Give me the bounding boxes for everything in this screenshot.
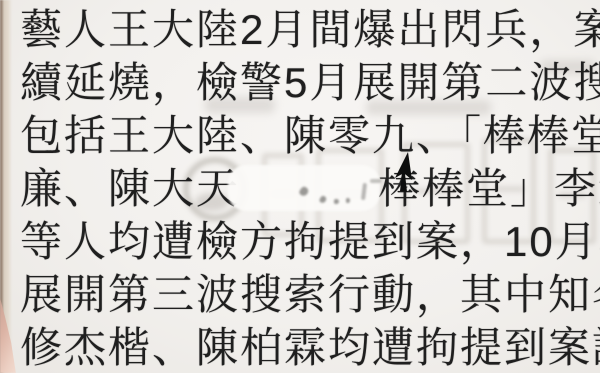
text-line-2: 續延燒，檢警5月展開第二波搜索， [20, 56, 598, 109]
photo-of-text: 藝人王大陸2月間爆出閃兵，案情持 續延燒，檢警5月展開第二波搜索， 包括王大陸、… [0, 0, 600, 373]
redaction-overlay [228, 165, 380, 211]
redaction-remnant [319, 195, 328, 204]
text-line-4: 廉、陳大天 棒棒堂」李銓 [20, 162, 598, 215]
redaction-remnant [370, 179, 381, 183]
cursor-pointer-icon [392, 150, 416, 196]
redaction-remnant [298, 186, 310, 198]
article-text: 藝人王大陸2月間爆出閃兵，案情持 續延燒，檢警5月展開第二波搜索， 包括王大陸、… [20, 3, 598, 373]
text-line-5: 等人均遭檢方拘提到案，10月檢警再 [20, 215, 598, 268]
text-line-1: 藝人王大陸2月間爆出閃兵，案情持 [20, 3, 598, 56]
text-line-3: 包括王大陸、陳零九、「棒棒堂」威 [20, 109, 598, 162]
text-line-7: 修杰楷、陳柏霖均遭拘提到案說明。 [20, 321, 598, 373]
text-line-6: 展開第三波搜索行動，其中知名藝人 [20, 268, 598, 321]
text-line-4-left: 廉、陳大天 [20, 165, 240, 212]
redaction-remnant [334, 199, 339, 204]
redaction-remnant [346, 198, 350, 203]
redaction-remnant [361, 183, 367, 200]
